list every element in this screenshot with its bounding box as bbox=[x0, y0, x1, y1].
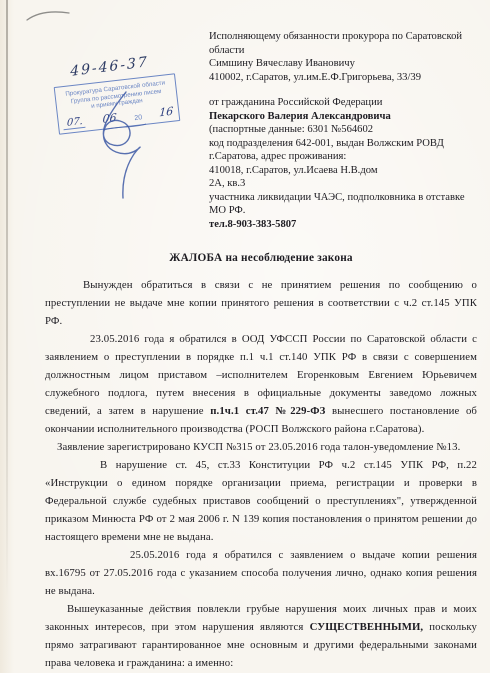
scan-left-edge-shadow bbox=[6, 0, 8, 600]
recipient-line: 410002, г.Саратов, ул.им.Е.Ф.Григорьева,… bbox=[209, 71, 481, 85]
recipient-line: Симшину Вячеславу Ивановичу bbox=[209, 57, 481, 71]
body-paragraph: 25.05.2016 года я обратился с заявлением… bbox=[45, 546, 477, 600]
document-body: Исполняющему обязанности прокурора по Са… bbox=[45, 0, 477, 672]
sender-line: 410018, г.Саратов, ул.Исаева Н.В.дом bbox=[209, 164, 481, 178]
body-paragraph: В нарушение ст. 45, ст.33 Конституции РФ… bbox=[45, 456, 477, 546]
recipient-line: Исполняющему обязанности прокурора по Са… bbox=[209, 30, 481, 44]
sender-phone: тел.8-903-383-5807 bbox=[209, 218, 481, 232]
complaint-text: Вынужден обратиться в связи с не приняти… bbox=[45, 276, 477, 672]
sender-line: г.Саратова, адрес проживания: bbox=[209, 150, 481, 164]
sender-line: участника ликвидации ЧАЭС, подполковника… bbox=[209, 191, 481, 205]
sender-line: код подразделения 642-001, выдан Волжски… bbox=[209, 137, 481, 151]
scanned-complaint-page: { "annotations": { "case_number": "49-46… bbox=[0, 0, 490, 673]
sender-line: 2А, кв.3 bbox=[209, 177, 481, 191]
sender-line: МО РФ. bbox=[209, 204, 481, 218]
sender-name: Пекарского Валерия Александровича bbox=[209, 110, 481, 124]
body-paragraph: Заявление зарегистрировано КУСП №315 от … bbox=[45, 438, 477, 456]
sender-line: от гражданина Российской Федерации bbox=[209, 96, 481, 110]
sender-line: (паспортные данные: 6301 №564602 bbox=[209, 123, 481, 137]
recipient-line: области bbox=[209, 44, 481, 58]
document-title: ЖАЛОБА на несоблюдение закона bbox=[45, 252, 477, 264]
body-paragraph: Вынужден обратиться в связи с не приняти… bbox=[45, 276, 477, 330]
body-paragraph: 23.05.2016 года я обратился в ООД УФССП … bbox=[45, 330, 477, 438]
body-paragraph: Вышеуказанные действия повлекли грубые н… bbox=[45, 600, 477, 672]
recipient-block: Исполняющему обязанности прокурора по Са… bbox=[209, 30, 481, 231]
